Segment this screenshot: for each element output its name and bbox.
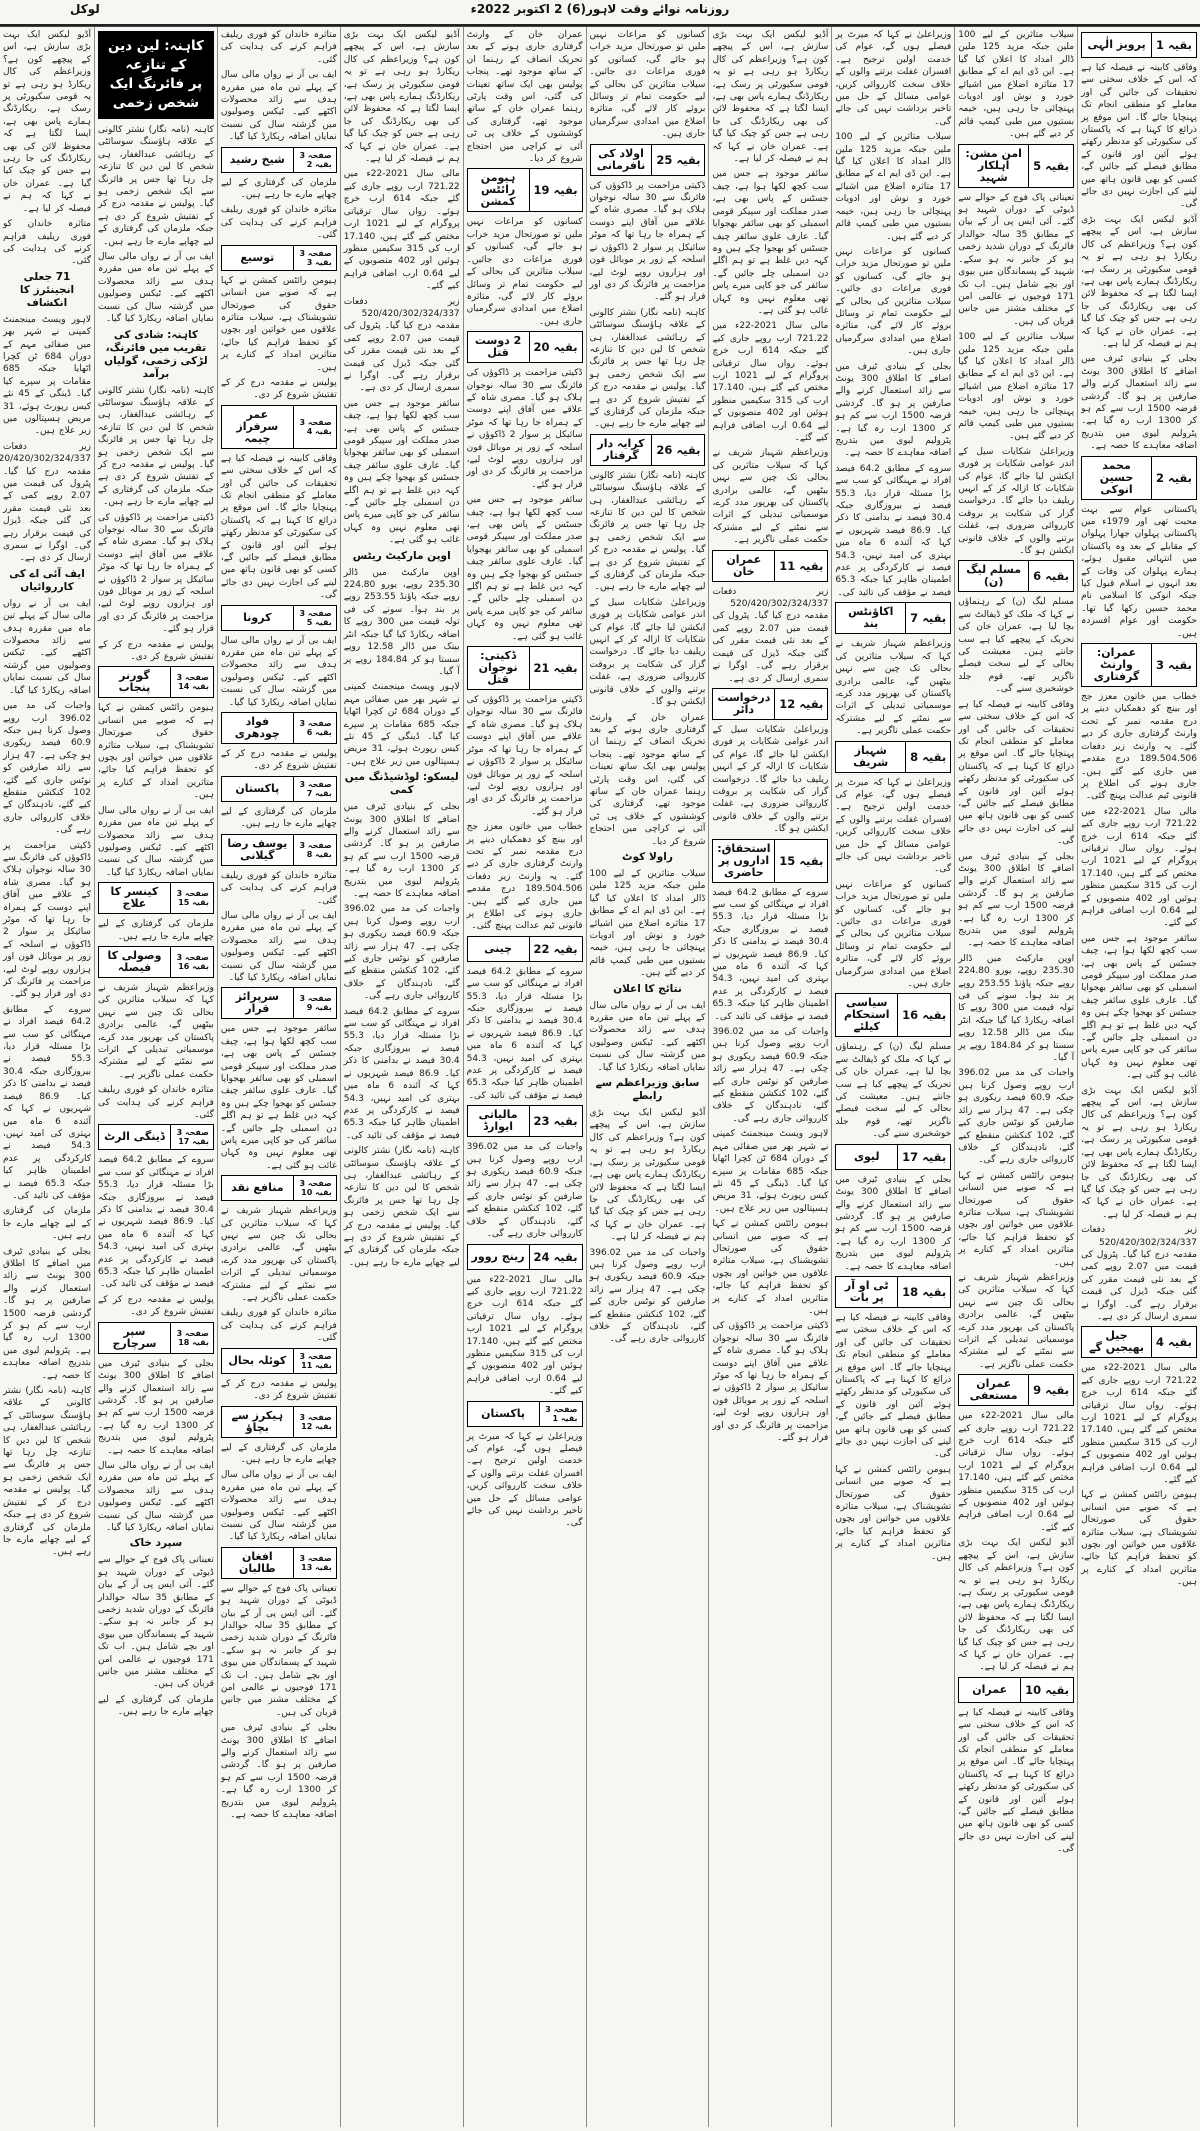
- continuation-number: بقیہ 6: [1028, 561, 1073, 591]
- sub-headline: نتائج کا اعلان: [590, 983, 706, 996]
- continuation-title: ٹی او آر پر بات: [836, 1277, 897, 1307]
- body-text: سائفر موجود ہے جس میں سب کچھ لکھا ہوا ہے…: [467, 494, 583, 643]
- continuation-header: بقیہ 7اکاؤنٹس بند: [835, 602, 951, 634]
- continuation-title: اکاؤنٹس بند: [836, 603, 905, 633]
- news-column-col-2: سیلاب متاثرین کے لیے 100 ملین جبکہ مزید …: [954, 27, 1077, 2127]
- body-text: بجلی کے بنیادی ٹیرف میں اضافے کا اطلاق 3…: [3, 1246, 91, 1382]
- continuation-header: صفحہ 3 بقیہ 10منافع نقد: [221, 1175, 337, 1201]
- continuation-title: کینسر کا علاج: [99, 883, 170, 913]
- continuation-header: صفحہ 3 بقیہ 8یوسف رضا گیلانی: [221, 834, 337, 866]
- body-text: ڈکیتی مزاحمت پر ڈاکوؤں کی فائرنگ سے 30 س…: [3, 840, 91, 1001]
- body-text: بجلی کے بنیادی ٹیرف میں اضافے کا اطلاق 3…: [1081, 353, 1197, 452]
- continuation-number: صفحہ 3 بقیہ 10: [293, 1176, 336, 1200]
- body-text: سروے کے مطابق 64.2 فیصد افراد نے مہنگائی…: [3, 1004, 91, 1203]
- body-text: ڈکیتی مزاحمت پر ڈاکوؤں کی فائرنگ سے 30 س…: [467, 694, 583, 818]
- continuation-title: عمران: وارنٹ گرفتاری: [1082, 644, 1151, 686]
- news-column-col-9: کاہنہ: لین دین کے تنازعہپر فائرنگ ایک شخ…: [94, 27, 217, 2127]
- body-text: مالی سال 2021-22ء میں 721.22 ارب روپے جا…: [1081, 806, 1197, 930]
- continuation-number: صفحہ 3 بقیہ 2: [293, 148, 336, 172]
- body-text: آڈیو لیکس ایک بہت بڑی سازش ہے، اس کے پیچ…: [1081, 1085, 1197, 1221]
- body-text: واجبات کی مد میں 396.02 ارب روپے وصول کر…: [590, 1247, 706, 1346]
- sub-headline: اوپن مارکیٹ ریٹس: [344, 550, 460, 563]
- continuation-header: بقیہ 6مسلم لیگ (ن): [958, 560, 1074, 592]
- newspaper-page: { "masthead": { "title": "روزنامہ نوائے …: [0, 0, 1200, 2131]
- continuation-header: بقیہ 15استحقاق: اداروں پر حاضری: [712, 839, 828, 883]
- body-text: وزیراعلیٰ نے کہا کہ میرٹ پر فیصلے ہوں گے…: [835, 777, 951, 876]
- continuation-header: صفحہ 3 بقیہ 7پاکستان: [221, 776, 337, 802]
- body-text: ایف بی آر نے رواں مالی سال کے پہلے تین م…: [221, 910, 337, 984]
- body-text: آڈیو لیکس ایک بہت بڑی سازش ہے، اس کے پیچ…: [1081, 214, 1197, 350]
- continuation-title: سرپرائز قرار: [222, 988, 293, 1018]
- continuation-number: صفحہ 3 بقیہ 6: [293, 713, 336, 743]
- continuation-header: بقیہ 1پرویز الٰہی: [1081, 32, 1197, 58]
- continuation-number: بقیہ 3: [1151, 644, 1196, 686]
- continuation-title: چینی: [468, 937, 529, 961]
- body-text: بجلی کے بنیادی ٹیرف میں اضافے کا اطلاق 3…: [835, 361, 951, 460]
- continuation-header: بقیہ 25اولاد کی نافرمانی: [590, 144, 706, 176]
- body-text: کاہنہ (نامہ نگار) نشتر کالونی کے علاقہ ہ…: [3, 1385, 91, 1559]
- sub-headline: سپرد خاک: [98, 1537, 214, 1550]
- continuation-title: پاکستان: [222, 777, 293, 801]
- body-text: وزیراعلیٰ نے کہا کہ میرٹ پر فیصلے ہوں گے…: [835, 29, 951, 128]
- continuation-title: اولاد کی نافرمانی: [591, 145, 652, 175]
- continuation-number: بقیہ 26: [651, 435, 704, 465]
- body-text: مالی سال 2021-22ء میں 721.22 ارب روپے جا…: [344, 168, 460, 292]
- continuation-header: صفحہ 3 بقیہ 4عمر سرفراز چیمہ: [221, 405, 337, 449]
- continuation-header: صفحہ 3 بقیہ 9سرپرائز قرار: [221, 987, 337, 1019]
- news-column-col-1: بقیہ 1پرویز الٰہیوفاقی کابینہ نے فیصلہ ک…: [1077, 27, 1200, 2127]
- continuation-number: صفحہ 3 بقیہ 15: [170, 883, 213, 913]
- continuation-header: بقیہ 26کرایہ دار گرفتار: [590, 434, 706, 466]
- body-text: متاثرہ خاندان کو فوری ریلیف فراہم کرنے ک…: [221, 204, 337, 241]
- body-text: لاہور ویسٹ مینجمنٹ کمپنی نے شہر بھر میں …: [344, 681, 460, 768]
- body-text: بجلی کے بنیادی ٹیرف میں اضافے کا اطلاق 3…: [221, 1722, 337, 1821]
- continuation-title: کوئلہ بحال: [222, 1349, 293, 1373]
- continuation-header: صفحہ 3 بقیہ 12ہیکرز سے بچاؤ: [221, 1406, 337, 1438]
- continuation-title: کرایہ دار گرفتار: [591, 435, 652, 465]
- continuation-header: صفحہ 3 بقیہ 6فواد چودھری: [221, 712, 337, 744]
- continuation-title: امن مشن: اہلکار شہید: [959, 145, 1028, 187]
- continuation-title: پرویز الٰہی: [1082, 33, 1151, 57]
- continuation-title: جیل بھیجیں گے: [1082, 1327, 1151, 1357]
- continuation-header: بقیہ 11عمران خان: [712, 550, 828, 582]
- news-column-col-10: آڈیو لیکس ایک بہت بڑی سازش ہے، اس کے پیچ…: [0, 27, 94, 2127]
- body-text: مالی سال 2021-22ء میں 721.22 ارب روپے جا…: [1081, 1362, 1197, 1486]
- continuation-header: بقیہ 9عمران مستعفی: [958, 1374, 1074, 1406]
- continuation-header: صفحہ 3 بقیہ 17ڈینگی الرٹ: [98, 1124, 214, 1150]
- continuation-title: یوسف رضا گیلانی: [222, 835, 293, 865]
- body-text: ایف بی آر نے رواں مالی سال کے پہلے تین م…: [98, 1460, 214, 1534]
- news-column-col-7: آڈیو لیکس ایک بہت بڑی سازش ہے، اس کے پیچ…: [340, 27, 463, 2127]
- body-text: پولیس نے مقدمہ درج کر کے تفتیش شروع کر د…: [98, 1294, 214, 1319]
- news-column-col-4: آڈیو لیکس ایک بہت بڑی سازش ہے، اس کے پیچ…: [708, 27, 831, 2127]
- body-text: بجلی کے بنیادی ٹیرف میں اضافے کا اطلاق 3…: [958, 851, 1074, 950]
- body-text: سروے کے مطابق 64.2 فیصد افراد نے مہنگائی…: [467, 966, 583, 1102]
- body-text: تعیناتی پاک فوج کے حوالے سے ڈیوٹی کے دور…: [98, 1554, 214, 1690]
- continuation-header: بقیہ 202 دوست قتل: [467, 331, 583, 363]
- body-text: سیلاب متاثرین کے لیے 100 ملین جبکہ مزید …: [958, 29, 1074, 141]
- body-text: کسانوں کو مراعات نہیں ملیں تو صورتحال مز…: [590, 29, 706, 141]
- body-text: مسلم لیگ (ن) کے رہنماؤں نے کہا کہ ملک کو…: [958, 596, 1074, 695]
- continuation-header: صفحہ 3 بقیہ 15کینسر کا علاج: [98, 882, 214, 914]
- continuation-header: صفحہ 3 بقیہ 1پاکستان: [467, 1401, 583, 1427]
- body-text: وزیراعظم شہباز شریف نے کہا کہ سیلاب متاث…: [958, 1272, 1074, 1371]
- body-text: وفاقی کابینہ نے فیصلہ کیا ہے کہ اس کے خل…: [835, 1312, 951, 1461]
- body-text: بجلی کے بنیادی ٹیرف میں اضافے کا اطلاق 3…: [344, 801, 460, 900]
- continuation-number: صفحہ 3 بقیہ 8: [293, 835, 336, 865]
- body-text: کاہنہ (نامہ نگار) نشتر کالونی کے علاقہ ہ…: [590, 470, 706, 594]
- continuation-number: صفحہ 3 بقیہ 3: [293, 246, 336, 270]
- continuation-number: بقیہ 18: [897, 1277, 950, 1307]
- body-text: مالی سال 2021-22ء میں 721.22 ارب روپے جا…: [712, 320, 828, 444]
- body-text: ایف بی آر نے رواں مالی سال کے پہلے تین م…: [590, 1000, 706, 1074]
- continuation-number: بقیہ 8: [905, 742, 950, 772]
- sub-headline: لیسکو: لوڈشیڈنگ میں کمی: [344, 771, 460, 797]
- continuation-header: بقیہ 8شہباز شریف: [835, 741, 951, 773]
- body-text: زیر دفعات 520/420/302/324/337 مقدمہ درج …: [1081, 1224, 1197, 1323]
- continuation-title: توسیع: [222, 246, 293, 270]
- body-text: سائفر موجود ہے جس میں سب کچھ لکھا ہوا ہے…: [1081, 933, 1197, 1082]
- body-text: کاہنہ (نامہ نگار) نشتر کالونی کے علاقہ ہ…: [590, 307, 706, 431]
- body-text: سائفر موجود ہے جس میں سب کچھ لکھا ہوا ہے…: [221, 1023, 337, 1172]
- continuation-number: بقیہ 4: [1151, 1327, 1196, 1357]
- body-text: متاثرہ خاندان کو فوری ریلیف فراہم کرنے ک…: [98, 1084, 214, 1121]
- body-text: کسانوں کو مراعات نہیں ملیں تو صورتحال مز…: [835, 879, 951, 991]
- body-text: سائفر موجود ہے جس میں سب کچھ لکھا ہوا ہے…: [344, 398, 460, 547]
- body-text: وزیراعلیٰ نے کہا کہ میرٹ پر فیصلے ہوں گے…: [467, 1431, 583, 1530]
- body-text: متاثرہ خاندان کو فوری ریلیف فراہم کرنے ک…: [221, 1307, 337, 1344]
- sub-headline: کاہنہ: شادی کی تقریب میں فائرنگ، لڑکی زخ…: [98, 329, 214, 381]
- continuation-header: صفحہ 3 بقیہ 14گورنر پنجاب: [98, 666, 214, 698]
- continuation-number: صفحہ 3 بقیہ 7: [293, 777, 336, 801]
- continuation-title: عمر سرفراز چیمہ: [222, 406, 293, 448]
- body-text: تعیناتی پاک فوج کے حوالے سے ڈیوٹی کے دور…: [221, 1583, 337, 1719]
- continuation-title: مالیاتی ایوارڈ: [468, 1106, 529, 1136]
- body-text: آڈیو لیکس ایک بہت بڑی سازش ہے، اس کے پیچ…: [590, 1107, 706, 1243]
- body-text: عمران خان کے وارنٹ گرفتاری جاری ہونے کے …: [590, 712, 706, 848]
- body-text: واجبات کی مد میں 396.02 ارب روپے وصول کر…: [344, 903, 460, 1002]
- continuation-number: بقیہ 24: [529, 1245, 582, 1269]
- body-text: خطاب میں خاتون معزز جج اور بینچ کو دھمکی…: [467, 821, 583, 933]
- sub-headline: راولا کوٹ: [590, 851, 706, 864]
- continuation-header: بقیہ 16سیاسی استحکام کیلئے: [835, 993, 951, 1037]
- continuation-title: شیخ رشید: [222, 148, 293, 172]
- body-text: مسلم لیگ (ن) کے رہنماؤں نے کہا کہ ملک کو…: [835, 1041, 951, 1140]
- body-text: واجبات کی مد میں 396.02 ارب روپے وصول کر…: [467, 1141, 583, 1240]
- body-text: سروے کے مطابق 64.2 فیصد افراد نے مہنگائی…: [98, 1154, 214, 1290]
- body-text: واجبات کی مد میں 396.02 ارب روپے وصول کر…: [712, 1026, 828, 1125]
- continuation-number: صفحہ 3 بقیہ 11: [293, 1349, 336, 1373]
- news-column-col-6: عمران خان کے وارنٹ گرفتاری جاری ہونے کے …: [463, 27, 586, 2127]
- body-text: پاکستانی عوام سے بہت محبت تھی اور 1979ء …: [1081, 504, 1197, 640]
- continuation-title: وصولی کا فیصلہ: [99, 947, 170, 977]
- body-text: ہیومن رائٹس کمشن نے کہا ہے کہ صوبے میں ا…: [835, 1464, 951, 1563]
- continuation-title: ہیومن رائٹس کمشن: [468, 169, 529, 211]
- body-text: وزیراعظم شہباز شریف نے کہا کہ سیلاب متاث…: [98, 982, 214, 1081]
- body-text: وزیراعظم شہباز شریف نے کہا کہ سیلاب متاث…: [712, 447, 828, 546]
- continuation-number: صفحہ 3 بقیہ 13: [293, 1548, 336, 1578]
- sub-headline: 71 جعلی انجینئرز کا انکشاف: [3, 271, 91, 310]
- continuation-header: صفحہ 3 بقیہ 13افغان طالبان: [221, 1547, 337, 1579]
- body-text: ملزمان کی گرفتاری کے لیے چھاپے مارے جا ر…: [221, 1442, 337, 1467]
- continuation-title: عمران: [959, 1678, 1020, 1702]
- continuation-header: صفحہ 3 بقیہ 3توسیع: [221, 245, 337, 271]
- continuation-number: صفحہ 3 بقیہ 16: [170, 947, 213, 977]
- body-text: سروے کے مطابق 64.2 فیصد افراد نے مہنگائی…: [344, 1006, 460, 1142]
- body-text: کاہنہ (نامہ نگار) نشتر کالونی کے علاقہ ہ…: [98, 385, 214, 509]
- body-text: واجبات کی مد میں 396.02 ارب روپے وصول کر…: [3, 700, 91, 836]
- body-text: ڈکیتی مزاحمت پر ڈاکوؤں کی فائرنگ سے 30 س…: [98, 512, 214, 636]
- continuation-number: صفحہ 3 بقیہ 12: [293, 1407, 336, 1437]
- body-text: ایف بی آر نے رواں مالی سال کے پہلے تین م…: [98, 805, 214, 879]
- continuation-title: سیاسی استحکام کیلئے: [836, 994, 897, 1036]
- continuation-header: بقیہ 21ڈکیتی: نوجوان قتل: [467, 646, 583, 690]
- continuation-header: صفحہ 3 بقیہ 16وصولی کا فیصلہ: [98, 946, 214, 978]
- body-text: آڈیو لیکس ایک بہت بڑی سازش ہے، اس کے پیچ…: [712, 29, 828, 165]
- body-text: سائفر موجود ہے جس میں سب کچھ لکھا ہوا ہے…: [712, 168, 828, 317]
- body-text: پولیس نے مقدمہ درج کر کے تفتیش شروع کر د…: [98, 639, 214, 664]
- continuation-header: صفحہ 3 بقیہ 18سپر سرچارج: [98, 1322, 214, 1354]
- continuation-header: بقیہ 5امن مشن: اہلکار شہید: [958, 144, 1074, 188]
- continuation-number: صفحہ 3 بقیہ 18: [170, 1323, 213, 1353]
- continuation-header: بقیہ 22چینی: [467, 936, 583, 962]
- body-text: متاثرہ خاندان کو فوری ریلیف فراہم کرنے ک…: [221, 29, 337, 66]
- body-text: ہیومن رائٹس کمشن نے کہا ہے کہ صوبے میں ا…: [1081, 1489, 1197, 1588]
- masthead-title: روزنامہ نوائے وقت لاہور(6) 2 اکتوبر 2022…: [300, 2, 900, 16]
- continuation-number: بقیہ 22: [529, 937, 582, 961]
- body-text: واجبات کی مد میں 396.02 ارب روپے وصول کر…: [958, 1067, 1074, 1166]
- body-text: اوپن مارکیٹ میں ڈالر 235.30 روپے، یورو 2…: [344, 567, 460, 679]
- section-label: لوکل: [70, 2, 100, 16]
- continuation-header: بقیہ 19ہیومن رائٹس کمشن: [467, 168, 583, 212]
- body-text: مالی سال 2021-22ء میں 721.22 ارب روپے جا…: [958, 1410, 1074, 1534]
- body-text: زیر دفعات 520/420/302/324/337 مقدمہ درج …: [712, 586, 828, 685]
- continuation-number: صفحہ 3 بقیہ 14: [170, 667, 213, 697]
- body-text: لاہور ویسٹ مینجمنٹ کمپنی نے شہر بھر میں …: [712, 1128, 828, 1215]
- body-text: لاہور ویسٹ مینجمنٹ کمپنی نے شہر بھر میں …: [3, 314, 91, 438]
- body-text: وزیراعلیٰ شکایات سیل کے اندر عوامی شکایا…: [590, 597, 706, 709]
- body-text: ایف بی آر نے رواں مالی سال کے پہلے تین م…: [98, 251, 214, 325]
- continuation-header: صفحہ 3 بقیہ 5کرونا: [221, 605, 337, 631]
- body-text: ہیومن رائٹس کمشن نے کہا ہے کہ صوبے میں ا…: [98, 702, 214, 801]
- body-text: آڈیو لیکس ایک بہت بڑی سازش ہے، اس کے پیچ…: [344, 29, 460, 165]
- continuation-title: ہیکرز سے بچاؤ: [222, 1407, 293, 1437]
- body-text: ہیومن رائٹس کمشن نے کہا ہے کہ صوبے میں ا…: [712, 1218, 828, 1317]
- continuation-title: کرونا: [222, 606, 293, 630]
- body-text: ایف بی آر نے رواں مالی سال کے پہلے تین م…: [221, 69, 337, 143]
- body-text: وزیراعظم شہباز شریف نے کہا کہ سیلاب متاث…: [221, 1205, 337, 1304]
- body-text: وفاقی کابینہ نے فیصلہ کیا ہے کہ اس کے خل…: [221, 453, 337, 602]
- body-text: ملزمان کی گرفتاری کے لیے چھاپے مارے جا ر…: [3, 1205, 91, 1242]
- masthead: لوکل روزنامہ نوائے وقت لاہور(6) 2 اکتوبر…: [0, 0, 1200, 26]
- body-text: مالی سال 2021-22ء میں 721.22 ارب روپے جا…: [467, 1274, 583, 1398]
- body-text: ایف بی آر نے رواں مالی سال کے پہلے تین م…: [221, 1469, 337, 1543]
- news-column-col-5: کسانوں کو مراعات نہیں ملیں تو صورتحال مز…: [586, 27, 709, 2127]
- body-text: ایف بی آر نے رواں مالی سال کے پہلے تین م…: [221, 635, 337, 709]
- continuation-number: صفحہ 3 بقیہ 4: [293, 406, 336, 448]
- continuation-number: بقیہ 17: [897, 1145, 950, 1169]
- continuation-title: ڈینگی الرٹ: [99, 1125, 170, 1149]
- body-text: ملزمان کی گرفتاری کے لیے چھاپے مارے جا ر…: [221, 806, 337, 831]
- body-text: ملزمان کی گرفتاری کے لیے چھاپے مارے جا ر…: [221, 177, 337, 202]
- body-text: سروے کے مطابق 64.2 فیصد افراد نے مہنگائی…: [835, 463, 951, 599]
- continuation-title: فواد چودھری: [222, 713, 293, 743]
- continuation-header: بقیہ 17لیوی: [835, 1144, 951, 1170]
- continuation-number: صفحہ 3 بقیہ 17: [170, 1125, 213, 1149]
- body-text: زیر دفعات 520/420/302/324/337 مقدمہ درج …: [3, 441, 91, 565]
- continuation-title: 2 دوست قتل: [468, 332, 529, 362]
- body-text: وفاقی کابینہ نے فیصلہ کیا ہے کہ اس کے خل…: [958, 1707, 1074, 1856]
- body-text: ڈکیتی مزاحمت پر ڈاکوؤں کی فائرنگ سے 30 س…: [467, 367, 583, 491]
- body-text: ڈکیتی مزاحمت پر ڈاکوؤں کی فائرنگ سے 30 س…: [590, 180, 706, 304]
- body-text: ایف بی آر نے رواں مالی سال کے پہلے تین م…: [3, 598, 91, 697]
- body-text: سیلاب متاثرین کے لیے 100 ملین جبکہ مزید …: [590, 868, 706, 980]
- body-text: وزیراعظم شہباز شریف نے کہا کہ سیلاب متاث…: [835, 638, 951, 737]
- body-text: آڈیو لیکس ایک بہت بڑی سازش ہے، اس کے پیچ…: [958, 1537, 1074, 1673]
- continuation-number: بقیہ 1: [1151, 33, 1196, 57]
- continuation-header: بقیہ 12درخواست دائر: [712, 688, 828, 720]
- continuation-number: بقیہ 10: [1020, 1678, 1073, 1702]
- continuation-title: شہباز شریف: [836, 742, 905, 772]
- continuation-header: بقیہ 10عمران: [958, 1677, 1074, 1703]
- body-text: پولیس نے مقدمہ درج کر کے تفتیش شروع کر د…: [221, 1378, 337, 1403]
- continuation-title: گورنر پنجاب: [99, 667, 170, 697]
- continuation-header: بقیہ 23مالیاتی ایوارڈ: [467, 1105, 583, 1137]
- continuation-number: بقیہ 12: [774, 689, 827, 719]
- continuation-number: بقیہ 25: [651, 145, 704, 175]
- continuation-header: بقیہ 24رینج روور: [467, 1244, 583, 1270]
- continuation-header: صفحہ 3 بقیہ 2شیخ رشید: [221, 147, 337, 173]
- continuation-header: بقیہ 3عمران: وارنٹ گرفتاری: [1081, 643, 1197, 687]
- body-text: سیلاب متاثرین کے لیے 100 ملین جبکہ مزید …: [835, 131, 951, 243]
- continuation-number: بقیہ 16: [897, 994, 950, 1036]
- body-text: ملزمان کی گرفتاری کے لیے چھاپے مارے جا ر…: [98, 918, 214, 943]
- continuation-header: صفحہ 3 بقیہ 11کوئلہ بحال: [221, 1348, 337, 1374]
- news-column-col-8: متاثرہ خاندان کو فوری ریلیف فراہم کرنے ک…: [217, 27, 340, 2127]
- black-headline-line: کاہنہ: لین دین کے تنازعہ: [100, 37, 212, 75]
- continuation-title: پاکستان: [468, 1402, 539, 1426]
- body-text: خطاب میں خاتون معزز جج اور بینچ کو دھمکی…: [1081, 691, 1197, 803]
- columns-container: بقیہ 1پرویز الٰہیوفاقی کابینہ نے فیصلہ ک…: [0, 26, 1200, 2127]
- body-text: عمران خان کے وارنٹ گرفتاری جاری ہونے کے …: [467, 29, 583, 165]
- body-text: ہیومن رائٹس کمشن نے کہا ہے کہ صوبے میں ا…: [958, 1170, 1074, 1269]
- continuation-title: لیوی: [836, 1145, 897, 1169]
- body-text: متاثرہ خاندان کو فوری ریلیف فراہم کرنے ک…: [221, 870, 337, 907]
- continuation-title: عمران مستعفی: [959, 1375, 1028, 1405]
- continuation-number: بقیہ 23: [529, 1106, 582, 1136]
- body-text: متاثرہ خاندان کو فوری ریلیف فراہم کرنے ک…: [3, 218, 91, 268]
- body-text: سیلاب متاثرین کے لیے 100 ملین جبکہ مزید …: [958, 331, 1074, 443]
- body-text: کاہنہ (نامہ نگار) نشتر کالونی کے علاقہ ہ…: [98, 124, 214, 248]
- body-text: وفاقی کابینہ نے فیصلہ کیا ہے کہ اس کے خل…: [1081, 62, 1197, 211]
- continuation-number: بقیہ 2: [1151, 457, 1196, 499]
- body-text: پولیس نے مقدمہ درج کر کے تفتیش شروع کر د…: [221, 377, 337, 402]
- body-text: تعیناتی پاک فوج کے حوالے سے ڈیوٹی کے دور…: [958, 192, 1074, 328]
- continuation-number: صفحہ 3 بقیہ 5: [293, 606, 336, 630]
- continuation-title: استحقاق: اداروں پر حاضری: [713, 840, 774, 882]
- body-text: زیر دفعات 520/420/302/324/337 مقدمہ درج …: [344, 296, 460, 395]
- body-text: سروے کے مطابق 64.2 فیصد افراد نے مہنگائی…: [712, 887, 828, 1023]
- body-text: اوپن مارکیٹ میں ڈالر 235.30 روپے، یورو 2…: [958, 953, 1074, 1065]
- body-text: پولیس نے مقدمہ درج کر کے تفتیش شروع کر د…: [221, 748, 337, 773]
- sub-headline: سابق وزیراعظم سے رابطے: [590, 1077, 706, 1103]
- body-text: کاہنہ (نامہ نگار) نشتر کالونی کے علاقہ ہ…: [344, 1145, 460, 1269]
- body-text: وزیراعلیٰ شکایات سیل کے اندر عوامی شکایا…: [712, 724, 828, 836]
- continuation-title: درخواست دائر: [713, 689, 774, 719]
- continuation-title: رینج روور: [468, 1245, 529, 1269]
- continuation-title: منافع نقد: [222, 1176, 293, 1200]
- black-headline-line: پر فائرنگ ایک شخص زخمی: [100, 75, 212, 113]
- body-text: ڈکیتی مزاحمت پر ڈاکوؤں کی فائرنگ سے 30 س…: [712, 1320, 828, 1444]
- continuation-number: بقیہ 5: [1028, 145, 1073, 187]
- continuation-number: صفحہ 3 بقیہ 9: [293, 988, 336, 1018]
- body-text: ملزمان کی گرفتاری کے لیے چھاپے مارے جا ر…: [98, 1694, 214, 1719]
- body-text: کسانوں کو مراعات نہیں ملیں تو صورتحال مز…: [835, 246, 951, 358]
- continuation-number: صفحہ 3 بقیہ 1: [539, 1402, 582, 1426]
- sub-headline: ایف آئی اے کی کارروائیاں: [3, 568, 91, 594]
- body-text: کسانوں کو مراعات نہیں ملیں تو صورتحال مز…: [467, 216, 583, 328]
- continuation-header: بقیہ 4جیل بھیجیں گے: [1081, 1326, 1197, 1358]
- continuation-number: بقیہ 19: [529, 169, 582, 211]
- continuation-title: عمران خان: [713, 551, 774, 581]
- continuation-title: سپر سرچارج: [99, 1323, 170, 1353]
- continuation-number: بقیہ 7: [905, 603, 950, 633]
- continuation-number: بقیہ 11: [774, 551, 827, 581]
- continuation-title: مسلم لیگ (ن): [959, 561, 1028, 591]
- body-text: آڈیو لیکس ایک بہت بڑی سازش ہے، اس کے پیچ…: [3, 29, 91, 215]
- body-text: وزیراعلیٰ شکایات سیل کے اندر عوامی شکایا…: [958, 446, 1074, 558]
- continuation-title: ڈکیتی: نوجوان قتل: [468, 647, 529, 689]
- body-text: بجلی کے بنیادی ٹیرف میں اضافے کا اطلاق 3…: [98, 1358, 214, 1457]
- continuation-header: بقیہ 2محمد حسین انوکی: [1081, 456, 1197, 500]
- continuation-number: بقیہ 21: [529, 647, 582, 689]
- continuation-number: بقیہ 15: [774, 840, 827, 882]
- continuation-number: بقیہ 9: [1028, 1375, 1073, 1405]
- news-column-col-3: وزیراعلیٰ نے کہا کہ میرٹ پر فیصلے ہوں گے…: [831, 27, 954, 2127]
- continuation-number: بقیہ 20: [529, 332, 582, 362]
- continuation-header: بقیہ 18ٹی او آر پر بات: [835, 1276, 951, 1308]
- body-text: ہیومن رائٹس کمشن نے کہا ہے کہ صوبے میں ا…: [221, 275, 337, 374]
- continuation-title: محمد حسین انوکی: [1082, 457, 1151, 499]
- body-text: بجلی کے بنیادی ٹیرف میں اضافے کا اطلاق 3…: [835, 1174, 951, 1273]
- black-headline: کاہنہ: لین دین کے تنازعہپر فائرنگ ایک شخ…: [98, 31, 214, 119]
- continuation-title: افغان طالبان: [222, 1548, 293, 1578]
- body-text: وفاقی کابینہ نے فیصلہ کیا ہے کہ اس کے خل…: [958, 699, 1074, 848]
